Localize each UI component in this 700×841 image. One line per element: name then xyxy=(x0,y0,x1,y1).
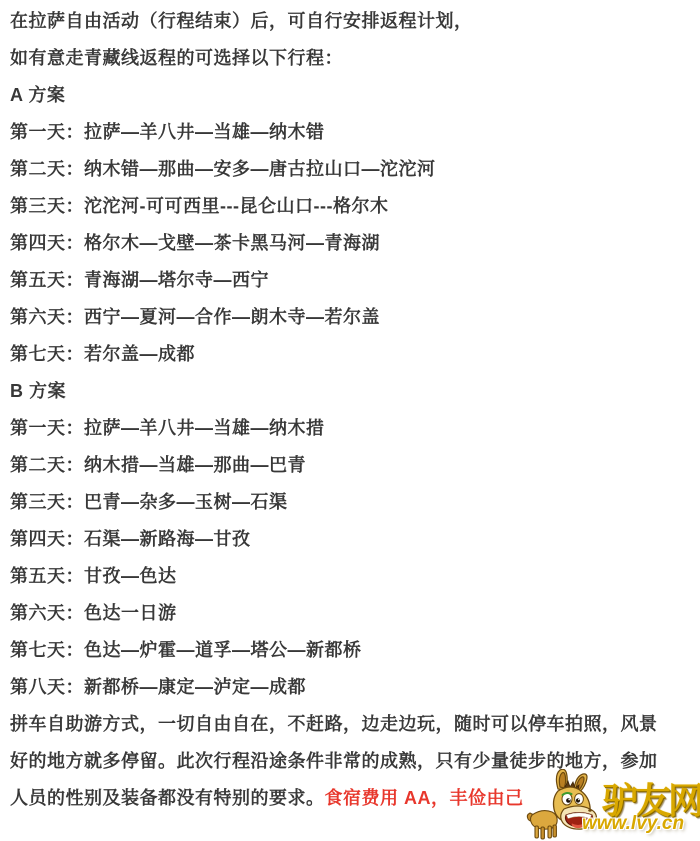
plan-a-day-1: 第一天：拉萨—羊八井—当雄—纳木错 xyxy=(10,114,694,151)
closing-line-3-red: 食宿费用 AA，丰俭由己 xyxy=(325,788,524,808)
itinerary-document: 在拉萨自由活动（行程结束）后，可自行安排返程计划， 如有意走青藏线返程的可选择以… xyxy=(10,3,694,817)
plan-a-day-3: 第三天：沱沱河-可可西里---昆仑山口---格尔木 xyxy=(10,188,694,225)
plan-b-day-7: 第七天：色达—炉霍—道孚—塔公—新都桥 xyxy=(10,632,694,669)
plan-b-title: B 方案 xyxy=(10,373,694,410)
plan-b-day-4: 第四天：石渠—新路海—甘孜 xyxy=(10,521,694,558)
plan-a-day-2: 第二天：纳木错—那曲—安多—唐古拉山口—沱沱河 xyxy=(10,151,694,188)
plan-a-title: A 方案 xyxy=(10,77,694,114)
plan-b-day-8: 第八天：新都桥—康定—泸定—成都 xyxy=(10,669,694,706)
plan-b-day-6: 第六天：色达一日游 xyxy=(10,595,694,632)
intro-line-1: 在拉萨自由活动（行程结束）后，可自行安排返程计划， xyxy=(10,3,694,40)
closing-line-1: 拼车自助游方式，一切自由自在，不赶路，边走边玩，随时可以停车拍照，风景 xyxy=(10,706,694,743)
lvy-site-logo[interactable]: 驴友网 www.lvy.cn xyxy=(524,769,700,841)
plan-b-day-2: 第二天：纳木措—当雄—那曲—巴青 xyxy=(10,447,694,484)
intro-line-2: 如有意走青藏线返程的可选择以下行程： xyxy=(10,40,694,77)
closing-line-3-black: 人员的性别及装备都没有特别的要求。 xyxy=(10,788,325,808)
plan-a-day-6: 第六天：西宁—夏河—合作—朗木寺—若尔盖 xyxy=(10,299,694,336)
plan-a-day-4: 第四天：格尔木—戈壁—茶卡黑马河—青海湖 xyxy=(10,225,694,262)
plan-b-day-1: 第一天：拉萨—羊八井—当雄—纳木措 xyxy=(10,410,694,447)
plan-a-day-7: 第七天：若尔盖—成都 xyxy=(10,336,694,373)
site-url-text: www.lvy.cn xyxy=(582,813,684,835)
plan-a-day-5: 第五天：青海湖—塔尔寺—西宁 xyxy=(10,262,694,299)
plan-b-day-3: 第三天：巴青—杂多—玉树—石渠 xyxy=(10,484,694,521)
plan-b-day-5: 第五天：甘孜—色达 xyxy=(10,558,694,595)
